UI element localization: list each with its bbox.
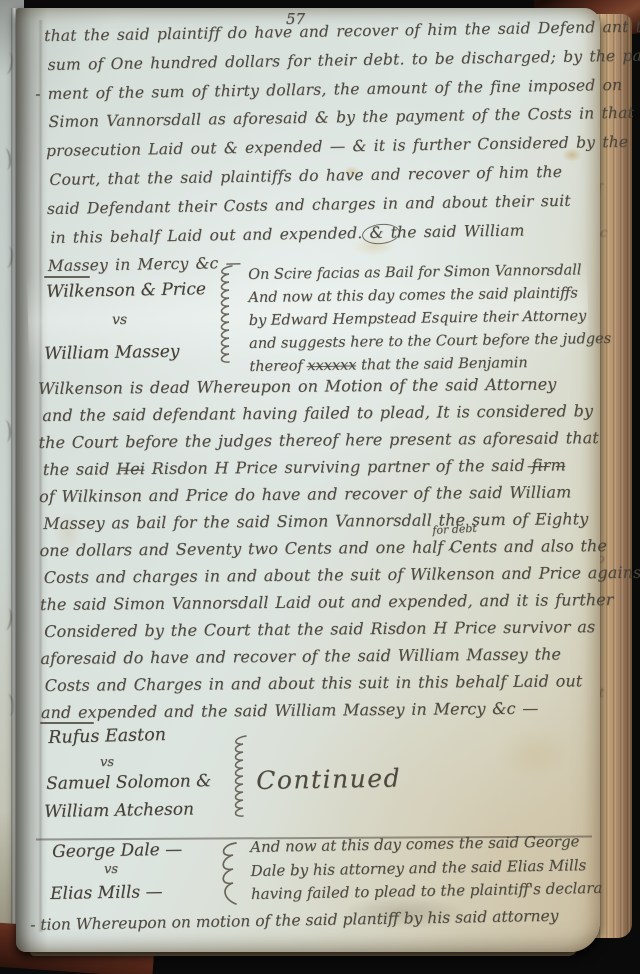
case-brace-icon — [216, 264, 238, 368]
closing-line: - tion Whereupon on motion of the said p… — [30, 907, 559, 934]
opening-paragraph: that the said plaintiff do have and reco… — [44, 12, 640, 281]
case2-defendant-1: Samuel Solomon & — [46, 771, 211, 794]
ink-dash — [40, 722, 94, 724]
manuscript-photo: ʃ c o t 57 that the said plaintiff do ha… — [0, 0, 640, 974]
manuscript-line: and expended and the said William Massey… — [41, 694, 640, 726]
case3-versus: vs — [104, 862, 118, 877]
case-brace-icon — [230, 734, 252, 822]
case2-versus: vs — [100, 755, 114, 770]
case2-plaintiff: Rufus Easton — [48, 725, 166, 748]
manuscript-line: - tion Whereupon on motion of the said p… — [30, 907, 559, 934]
judgment-paragraph: Wilkenson is dead Whereupon on Motion of… — [38, 370, 640, 726]
ink-dash — [44, 276, 90, 278]
manuscript-line: having failed to plead to the plaintiff'… — [251, 877, 603, 907]
manuscript-line: Costs and Charges in and about this suit… — [45, 667, 640, 699]
case3-defendant: Elias Mills — — [50, 882, 163, 904]
case1-versus: vs — [112, 312, 127, 328]
interlineation-note: for debt — [432, 522, 477, 537]
case3-plaintiff: George Dale — — [52, 840, 182, 862]
case3-entry: And now at this day comes the said Georg… — [250, 830, 603, 907]
case2-defendant-2: William Atcheson — [44, 799, 194, 822]
case1-plaintiff: Wilkenson & Price — [46, 279, 206, 302]
case1-entry: On Scire facias as Bail for Simon Vannor… — [248, 259, 612, 379]
caret-mark: ^ — [447, 547, 455, 558]
case1-defendant: William Massey — [44, 342, 180, 364]
case-brace-icon — [216, 840, 242, 908]
case2-status: Continued — [256, 763, 401, 795]
handwriting-layer: 57 that the said plaintiff do have and r… — [0, 0, 640, 974]
